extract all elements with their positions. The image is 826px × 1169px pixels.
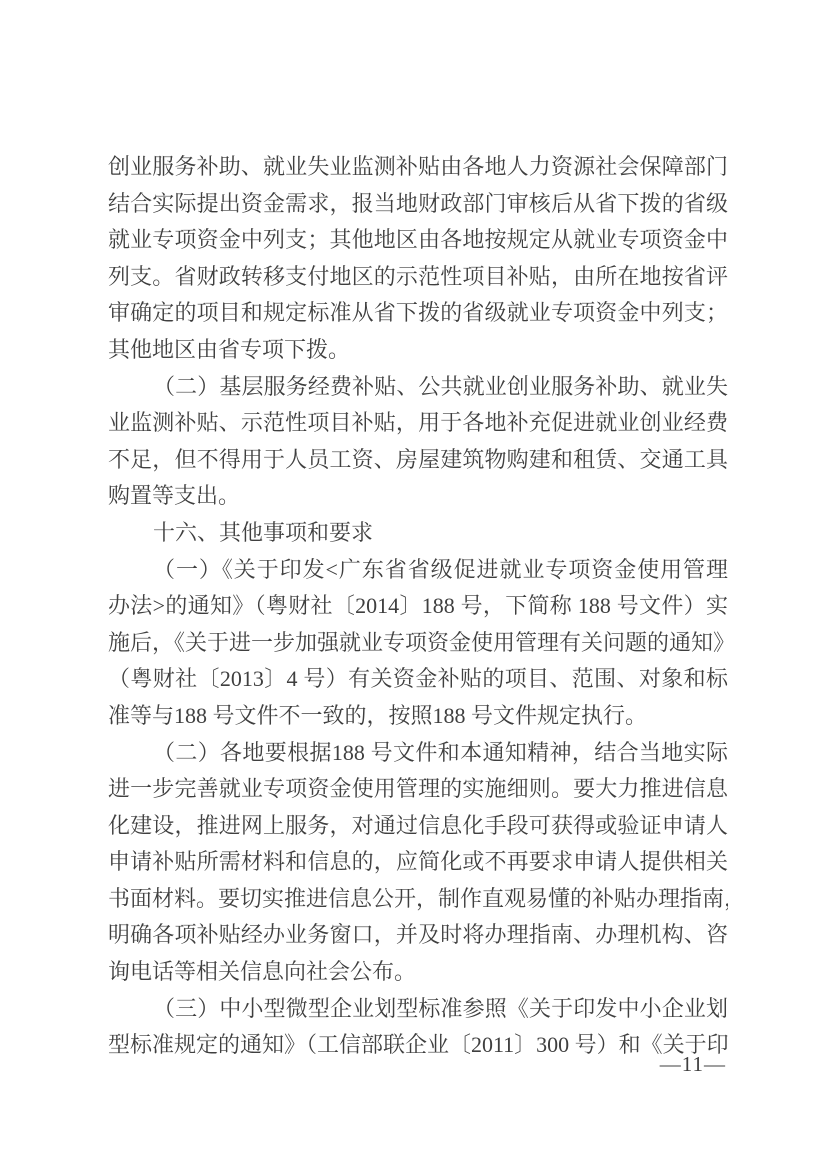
text-line: 审确定的项目和规定标准从省下拨的省级就业专项资金中列支； [108,295,728,332]
text-line: 明确各项补贴经办业务窗口，并及时将办理指南、办理机构、咨 [108,917,728,954]
text-line: 创业服务补助、就业失业监测补贴由各地人力资源社会保障部门 [108,149,728,186]
text-line: （二）基层服务经费补贴、公共就业创业服务补助、就业失 [108,369,728,406]
text-line: 询电话等相关信息向社会公布。 [108,954,728,991]
text-line: 不足，但不得用于人员工资、房屋建筑物购建和租赁、交通工具 [108,442,728,479]
paragraph: （三）中小型微型企业划型标准参照《关于印发中小企业划 型标准规定的通知》（工信部… [108,991,728,1064]
document-body: 创业服务补助、就业失业监测补贴由各地人力资源社会保障部门 结合实际提出资金需求，… [108,149,728,1064]
text-line: 购置等支出。 [108,478,728,515]
text-line: 型标准规定的通知》（工信部联企业〔2011〕300 号）和《关于印 [108,1027,728,1064]
text-line: 准等与188 号文件不一致的，按照188 号文件规定执行。 [108,698,728,735]
text-line: 施后，《关于进一步加强就业专项资金使用管理有关问题的通知》 [108,625,728,662]
paragraph: （二）基层服务经费补贴、公共就业创业服务补助、就业失 业监测补贴、示范性项目补贴… [108,369,728,515]
text-line: 进一步完善就业专项资金使用管理的实施细则。要大力推进信息 [108,771,728,808]
text-line: （粤财社〔2013〕4 号）有关资金补贴的项目、范围、对象和标 [108,661,728,698]
section-heading: 十六、其他事项和要求 [108,515,728,552]
page-number: —11— [660,1051,726,1077]
section-heading-text: 十六、其他事项和要求 [108,515,728,552]
text-line: 化建设，推进网上服务，对通过信息化手段可获得或验证申请人 [108,808,728,845]
text-line: （三）中小型微型企业划型标准参照《关于印发中小企业划 [108,991,728,1028]
text-line: 申请补贴所需材料和信息的，应简化或不再要求申请人提供相关 [108,844,728,881]
paragraph: （二）各地要根据188 号文件和本通知精神，结合当地实际 进一步完善就业专项资金… [108,735,728,991]
paragraph: （一）《关于印发<广东省省级促进就业专项资金使用管理 办法>的通知》（粤财社〔2… [108,552,728,735]
text-line: （二）各地要根据188 号文件和本通知精神，结合当地实际 [108,735,728,772]
text-line: 结合实际提出资金需求，报当地财政部门审核后从省下拨的省级 [108,186,728,223]
text-line: 其他地区由省专项下拨。 [108,332,728,369]
text-line: 办法>的通知》（粤财社〔2014〕188 号，下简称 188 号文件）实 [108,588,728,625]
paragraph: 创业服务补助、就业失业监测补贴由各地人力资源社会保障部门 结合实际提出资金需求，… [108,149,728,369]
text-line: 书面材料。要切实推进信息公开，制作直观易懂的补贴办理指南， [108,881,728,918]
text-line: 列支。省财政转移支付地区的示范性项目补贴，由所在地按省评 [108,259,728,296]
text-line: （一）《关于印发<广东省省级促进就业专项资金使用管理 [108,552,728,589]
document-page: 创业服务补助、就业失业监测补贴由各地人力资源社会保障部门 结合实际提出资金需求，… [0,0,826,1169]
text-line: 业监测补贴、示范性项目补贴，用于各地补充促进就业创业经费 [108,405,728,442]
text-line: 就业专项资金中列支；其他地区由各地按规定从就业专项资金中 [108,222,728,259]
